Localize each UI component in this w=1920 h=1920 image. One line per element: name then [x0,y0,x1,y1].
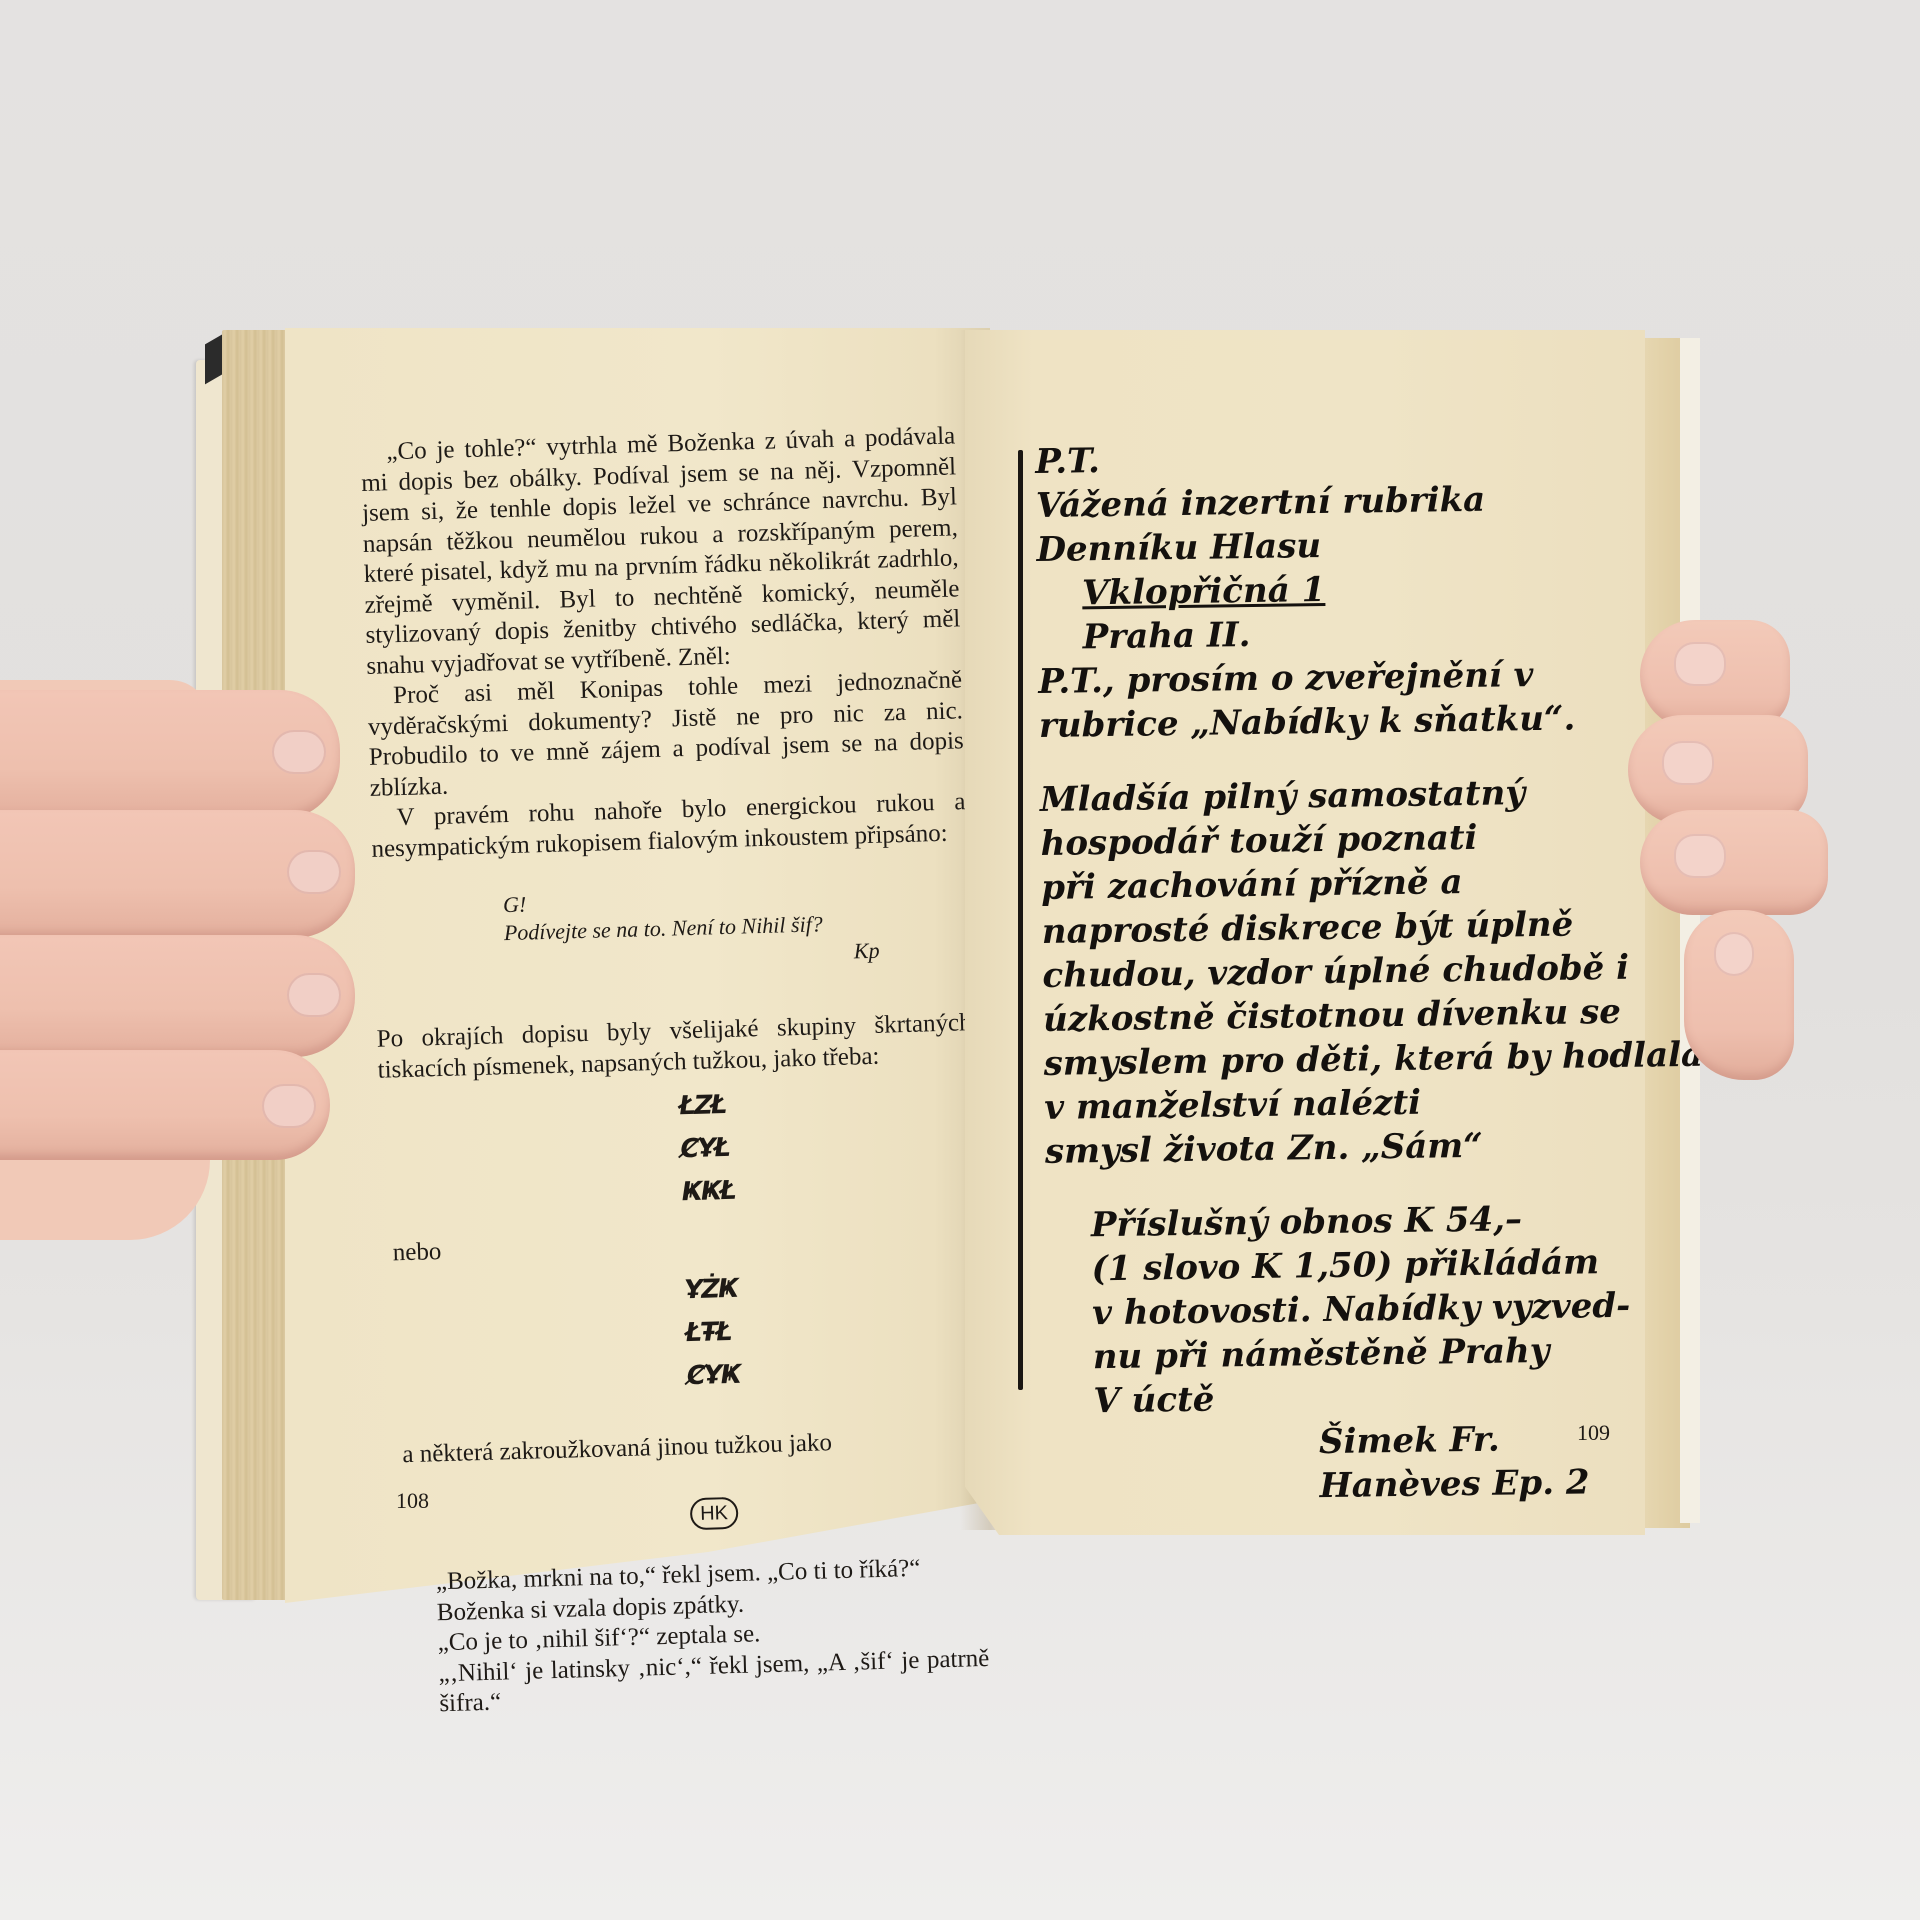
fingernail [272,730,326,774]
request-line: P.T., prosím o zveřejnění v [1038,652,1599,704]
signature: Šimek Fr. [1319,1416,1610,1464]
left-page-text: „Co je tohle?“ vytrhla mě Boženka z úvah… [360,421,991,1721]
payment-line: Příslušný obnos K 54,– [1091,1196,1607,1247]
request-line: rubrice „Nabídky k sňatku“. [1039,696,1600,748]
address-line: Vážená inzertní rubrika [1036,476,1597,528]
address-line: Denníku Hlasu [1036,520,1597,572]
body-line: Mladšía pilný samostatný [1040,770,1601,822]
photo-scene: „Co je tohle?“ vytrhla mě Boženka z úvah… [0,0,1920,1920]
body-line: v manželství nalézti [1044,1078,1605,1130]
left-hand [0,690,340,1210]
payment-line: v hotovosti. Nabídky vyzved- [1092,1284,1608,1335]
dialogue: „Božka, mrkni na to,“ řekl jsem. „Co ti … [436,1552,991,1720]
fingernail [262,1084,316,1128]
body-line: naprosté diskrece být úplně [1042,902,1603,954]
left-little-finger [0,1050,330,1160]
fingernail [1714,932,1754,976]
fingernail [1674,642,1726,686]
margin-rule [1018,450,1023,1390]
body-line: úzkostně čistotnou dívenku se [1043,990,1604,1042]
fingernail [1674,834,1726,878]
body-line: smyslem pro děti, která by hodlala [1043,1034,1604,1086]
circled-hk: HK [690,1497,739,1530]
payment-line: nu při náměstěně Prahy [1093,1328,1609,1379]
purple-ink-note: G! Podívejte se na to. Není to Nihil šif… [503,878,970,975]
left-index-finger [0,690,340,820]
page-number-left: 108 [396,1488,429,1514]
cipher-group-2: ҰŻҜ ŁŦŁ ȻҰҜ [383,1261,981,1407]
right-ring-finger [1640,810,1828,915]
right-middle-finger [1628,715,1808,825]
body-line: chudou, vzdor úplné chudobě i [1042,946,1603,998]
right-little-finger [1684,910,1794,1080]
address-line: Vklopřičná 1 [1082,564,1598,615]
page-number-right: 109 [1577,1420,1610,1446]
fingernail [1662,741,1714,785]
cipher-row: ȻҰҜ [683,1346,984,1397]
right-index-finger [1640,620,1790,730]
address-line: P.T. [1035,432,1596,484]
cipher-row: ҜҜŁ [678,1163,979,1214]
cipher-group-1: ŁZŁ ȻҰŁ ҜҜŁ [378,1077,976,1223]
fingernail [287,973,341,1017]
fingernail [287,850,341,894]
handwritten-letter: P.T. Vážená inzertní rubrika Denníku Hla… [1035,432,1610,1512]
closing: V úctě [1093,1372,1609,1423]
payment-line: (1 slovo K 1,50) přikládám [1091,1240,1607,1291]
sender-address: Hanèves Ep. 2 [1319,1460,1610,1508]
body-line: smysl života Zn. „Sám“ [1045,1122,1606,1174]
paragraph-2: Proč asi měl Konipas tohle mezi jednozna… [367,665,965,804]
paragraph-margins: Po okrajích dopisu byly všelijaké skupin… [376,1008,972,1086]
cipher-row: ŁŦŁ [682,1303,983,1354]
circled-letters: HK [690,1490,986,1530]
address-line: Praha II. [1082,608,1598,659]
paragraph-circled: a některá zakroužkovaná jinou tužkou jak… [402,1423,984,1470]
right-hand [1600,600,1840,1120]
body-line: hospodář touží poznati [1040,814,1601,866]
left-ring-finger [0,935,355,1057]
cipher-row: ҰŻҜ [681,1260,982,1311]
paragraph-1: „Co je tohle?“ vytrhla mě Boženka z úvah… [360,421,962,682]
nebo-label: nebo [392,1222,978,1269]
body-line: při zachování přízně a [1041,858,1602,910]
left-middle-finger [0,810,355,938]
